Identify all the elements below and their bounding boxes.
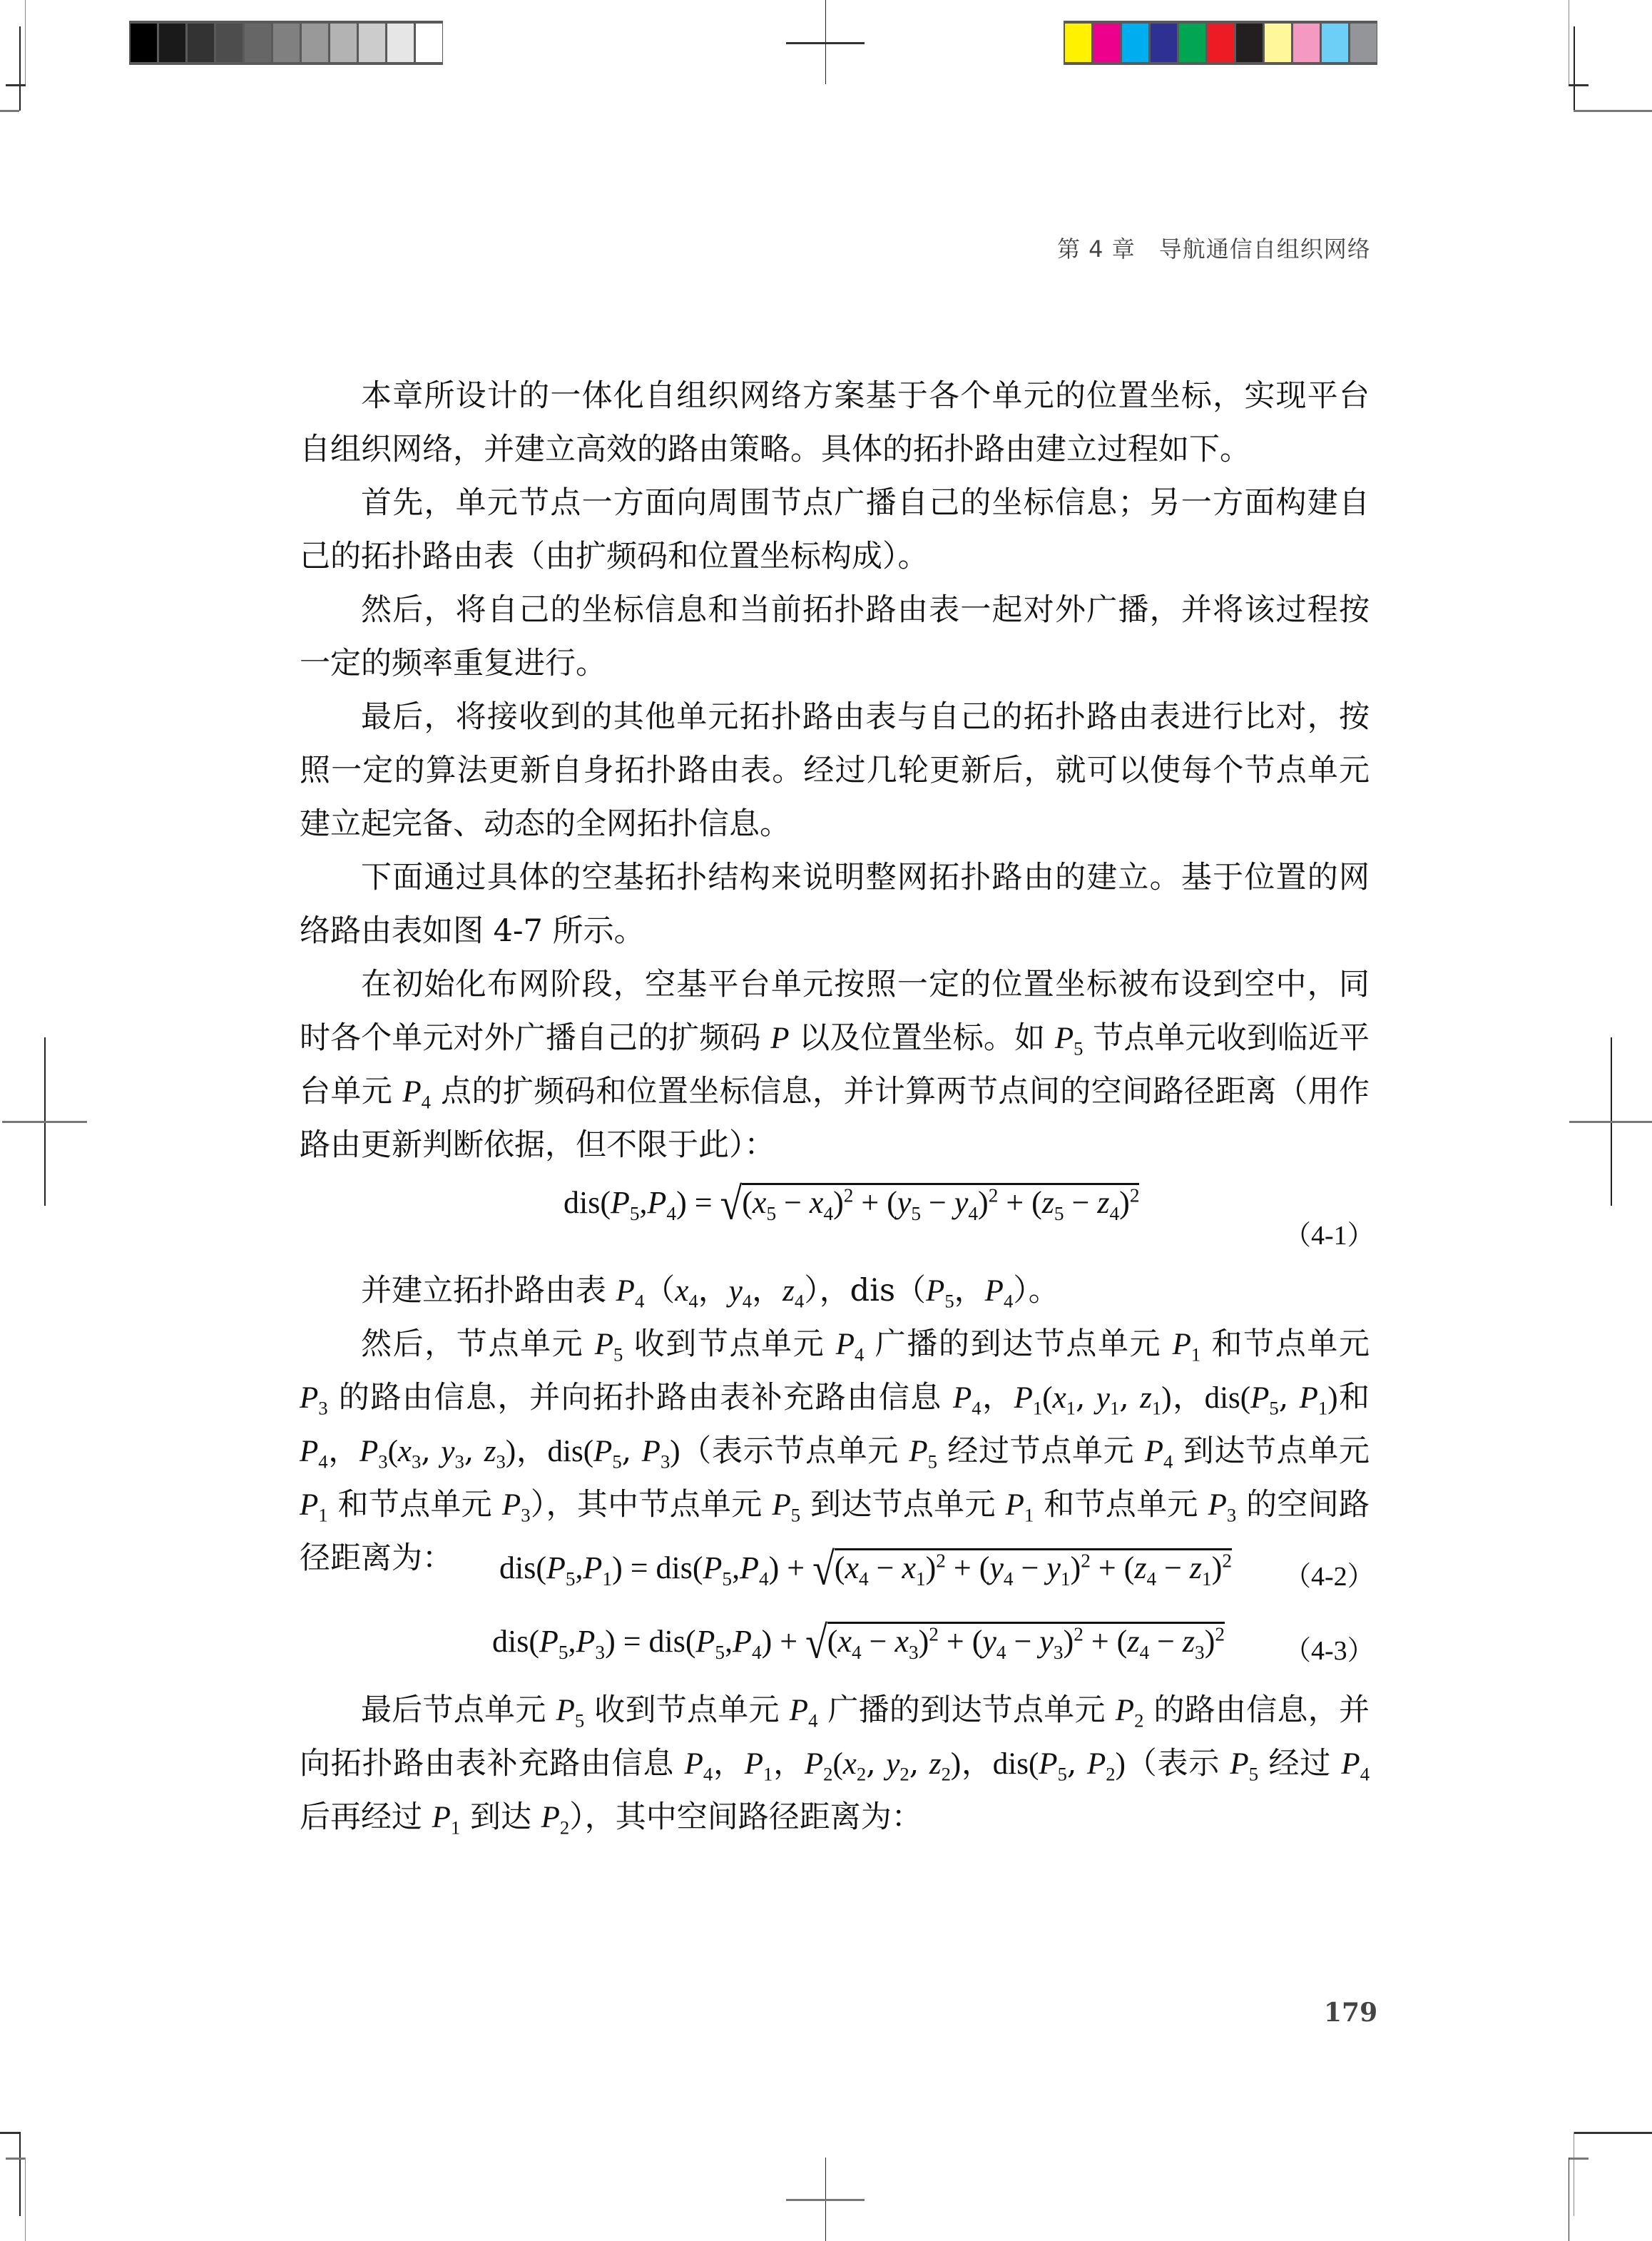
color-swatch — [1093, 24, 1120, 62]
color-swatch — [1293, 24, 1320, 62]
crop-mark — [0, 2132, 19, 2134]
crop-mark — [0, 110, 19, 112]
color-swatch — [188, 24, 214, 62]
body-text-middle: 并建立拓扑路由表 P4（x4，y4，z4），dis（P5，P4）。 然后，节点单… — [300, 1264, 1370, 1585]
paragraph: 下面通过具体的空基拓扑结构来说明整网拓扑路由的建立。基于位置的网络路由表如图 4… — [300, 851, 1370, 958]
equation-4-3: dis(P5,P3) = dis(P5,P4) + √(x4 − x3)2 + … — [492, 1616, 1225, 1662]
color-swatch — [1179, 24, 1205, 62]
color-swatch — [1236, 24, 1263, 62]
color-swatch — [1208, 24, 1234, 62]
color-swatch — [1151, 24, 1177, 62]
color-swatch — [330, 24, 357, 62]
crop-mark — [786, 2199, 865, 2201]
grayscale-calibration-bar — [129, 21, 443, 65]
color-swatch — [159, 24, 185, 62]
page-number: 179 — [1324, 1998, 1377, 2028]
math-var: P4 — [402, 1075, 431, 1109]
paragraph: 最后，将接收到的其他单元拓扑路由表与自己的拓扑路由表进行比对，按照一定的算法更新… — [300, 691, 1370, 851]
paragraph: 最后节点单元 P5 收到节点单元 P4 广播的到达节点单元 P2 的路由信息，并… — [300, 1684, 1370, 1844]
color-swatch — [1122, 24, 1148, 62]
crop-mark — [786, 42, 865, 44]
paragraph: 在初始化布网阶段，空基平台单元按照一定的位置坐标被布设到空中，同时各个单元对外广… — [300, 958, 1370, 1172]
crop-mark — [1569, 2158, 1589, 2160]
crop-mark — [19, 26, 21, 111]
crop-mark — [1574, 26, 1575, 111]
paragraph: 本章所设计的一体化自组织网络方案基于各个单元的位置坐标，实现平台自组织网络，并建… — [300, 370, 1370, 477]
crop-mark — [6, 84, 26, 86]
crop-mark — [1574, 2132, 1652, 2134]
color-swatch — [302, 24, 328, 62]
math-var: P — [770, 1022, 789, 1055]
paragraph: 首先，单元节点一方面向周围节点广播自己的坐标信息；另一方面构建自己的拓扑路由表（… — [300, 477, 1370, 584]
body-text-top: 本章所设计的一体化自组织网络方案基于各个单元的位置坐标，实现平台自组织网络，并建… — [300, 370, 1370, 1172]
crop-mark — [2, 1121, 87, 1123]
equation-number: （4-3） — [1284, 1628, 1375, 1667]
color-swatch — [1065, 24, 1091, 62]
color-swatch — [245, 24, 271, 62]
crop-mark — [19, 2132, 21, 2216]
crop-mark — [25, 0, 26, 84]
color-swatch — [1350, 24, 1377, 62]
crop-mark — [1569, 1121, 1652, 1123]
running-head: 第 4 章 导航通信自组织网络 — [1057, 231, 1371, 264]
crop-mark — [1574, 110, 1652, 112]
equation-4-1: dis(P5,P4) = √(x5 − x4)2 + (y5 − y4)2 + … — [564, 1177, 1139, 1223]
equation-4-2: dis(P5,P1) = dis(P5,P4) + √(x4 − x1)2 + … — [499, 1543, 1232, 1588]
crop-mark — [25, 2158, 26, 2241]
equation-number: （4-2） — [1284, 1554, 1375, 1593]
crop-mark — [6, 2158, 26, 2160]
color-swatch — [359, 24, 385, 62]
equation-number: （4-1） — [1284, 1213, 1375, 1252]
crop-mark — [1569, 2158, 1569, 2241]
color-swatch — [1265, 24, 1291, 62]
body-text-bottom: 最后节点单元 P5 收到节点单元 P4 广播的到达节点单元 P2 的路由信息，并… — [300, 1684, 1370, 1844]
color-swatch — [416, 24, 442, 62]
paragraph: 并建立拓扑路由表 P4（x4，y4，z4），dis（P5，P4）。 — [300, 1264, 1370, 1318]
crop-mark — [1569, 84, 1589, 86]
paragraph: 然后，将自己的坐标信息和当前拓扑路由表一起对外广播，并将该过程按一定的频率重复进… — [300, 584, 1370, 691]
color-swatch — [131, 24, 157, 62]
math-var: P5 — [1055, 1022, 1084, 1055]
color-swatch — [387, 24, 414, 62]
color-swatch — [1322, 24, 1348, 62]
color-swatch — [273, 24, 300, 62]
crop-mark — [1574, 2132, 1574, 2216]
crop-mark — [1569, 0, 1569, 84]
color-swatch — [216, 24, 243, 62]
color-calibration-bar — [1064, 21, 1377, 65]
